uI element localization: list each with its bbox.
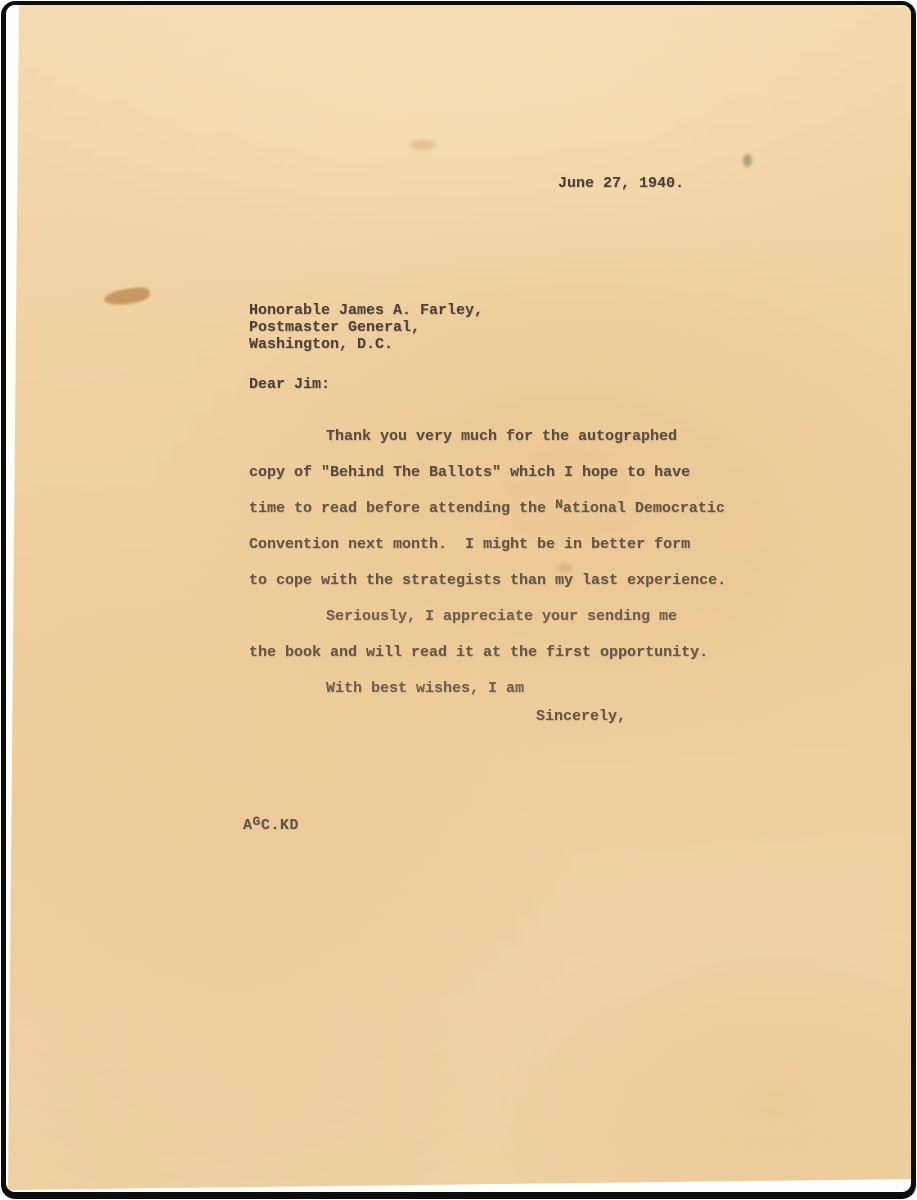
initials-segment: A [243,817,253,834]
scan-border: June 27, 1940. Honorable James A. Farley… [1,1,916,1199]
recipient-address: Honorable James A. Farley, Postmaster Ge… [249,302,483,353]
letter-date: June 27, 1940. [558,175,684,192]
scanned-letter-page: June 27, 1940. Honorable James A. Farley… [0,0,917,1200]
closing: Sincerely, [536,708,626,725]
body-line: copy of "Behind The Ballots" which I hop… [249,455,726,491]
body-line: time to read before attending the Nation… [249,491,726,527]
body-line: With best wishes, I am [249,671,726,707]
salutation: Dear Jim: [249,376,330,393]
body-line: Seriously, I appreciate your sending me [249,599,726,635]
typist-initials: AGC.KD [243,817,299,834]
body-line: Thank you very much for the autographed [249,419,726,455]
raised-typewriter-char: N [555,497,563,512]
body-line: Convention next month. I might be in bet… [249,527,726,563]
recipient-title: Postmaster General, [249,319,483,336]
letter-paper: June 27, 1940. Honorable James A. Farley… [6,5,911,1192]
letter-body: Thank you very much for the autographed … [249,419,726,707]
scanner-background: June 27, 1940. Honorable James A. Farley… [6,5,911,1192]
initials-segment: C.KD [261,817,299,834]
raised-typewriter-char: G [253,814,261,829]
recipient-city: Washington, D.C. [249,336,483,353]
body-line-segment: ational Democratic [563,500,725,517]
recipient-name: Honorable James A. Farley, [249,302,483,319]
body-line: the book and will read it at the first o… [249,635,726,671]
body-line: to cope with the strategists than my las… [249,563,726,599]
letter-content: June 27, 1940. Honorable James A. Farley… [6,5,911,1192]
body-line-segment: time to read before attending the [249,500,555,517]
